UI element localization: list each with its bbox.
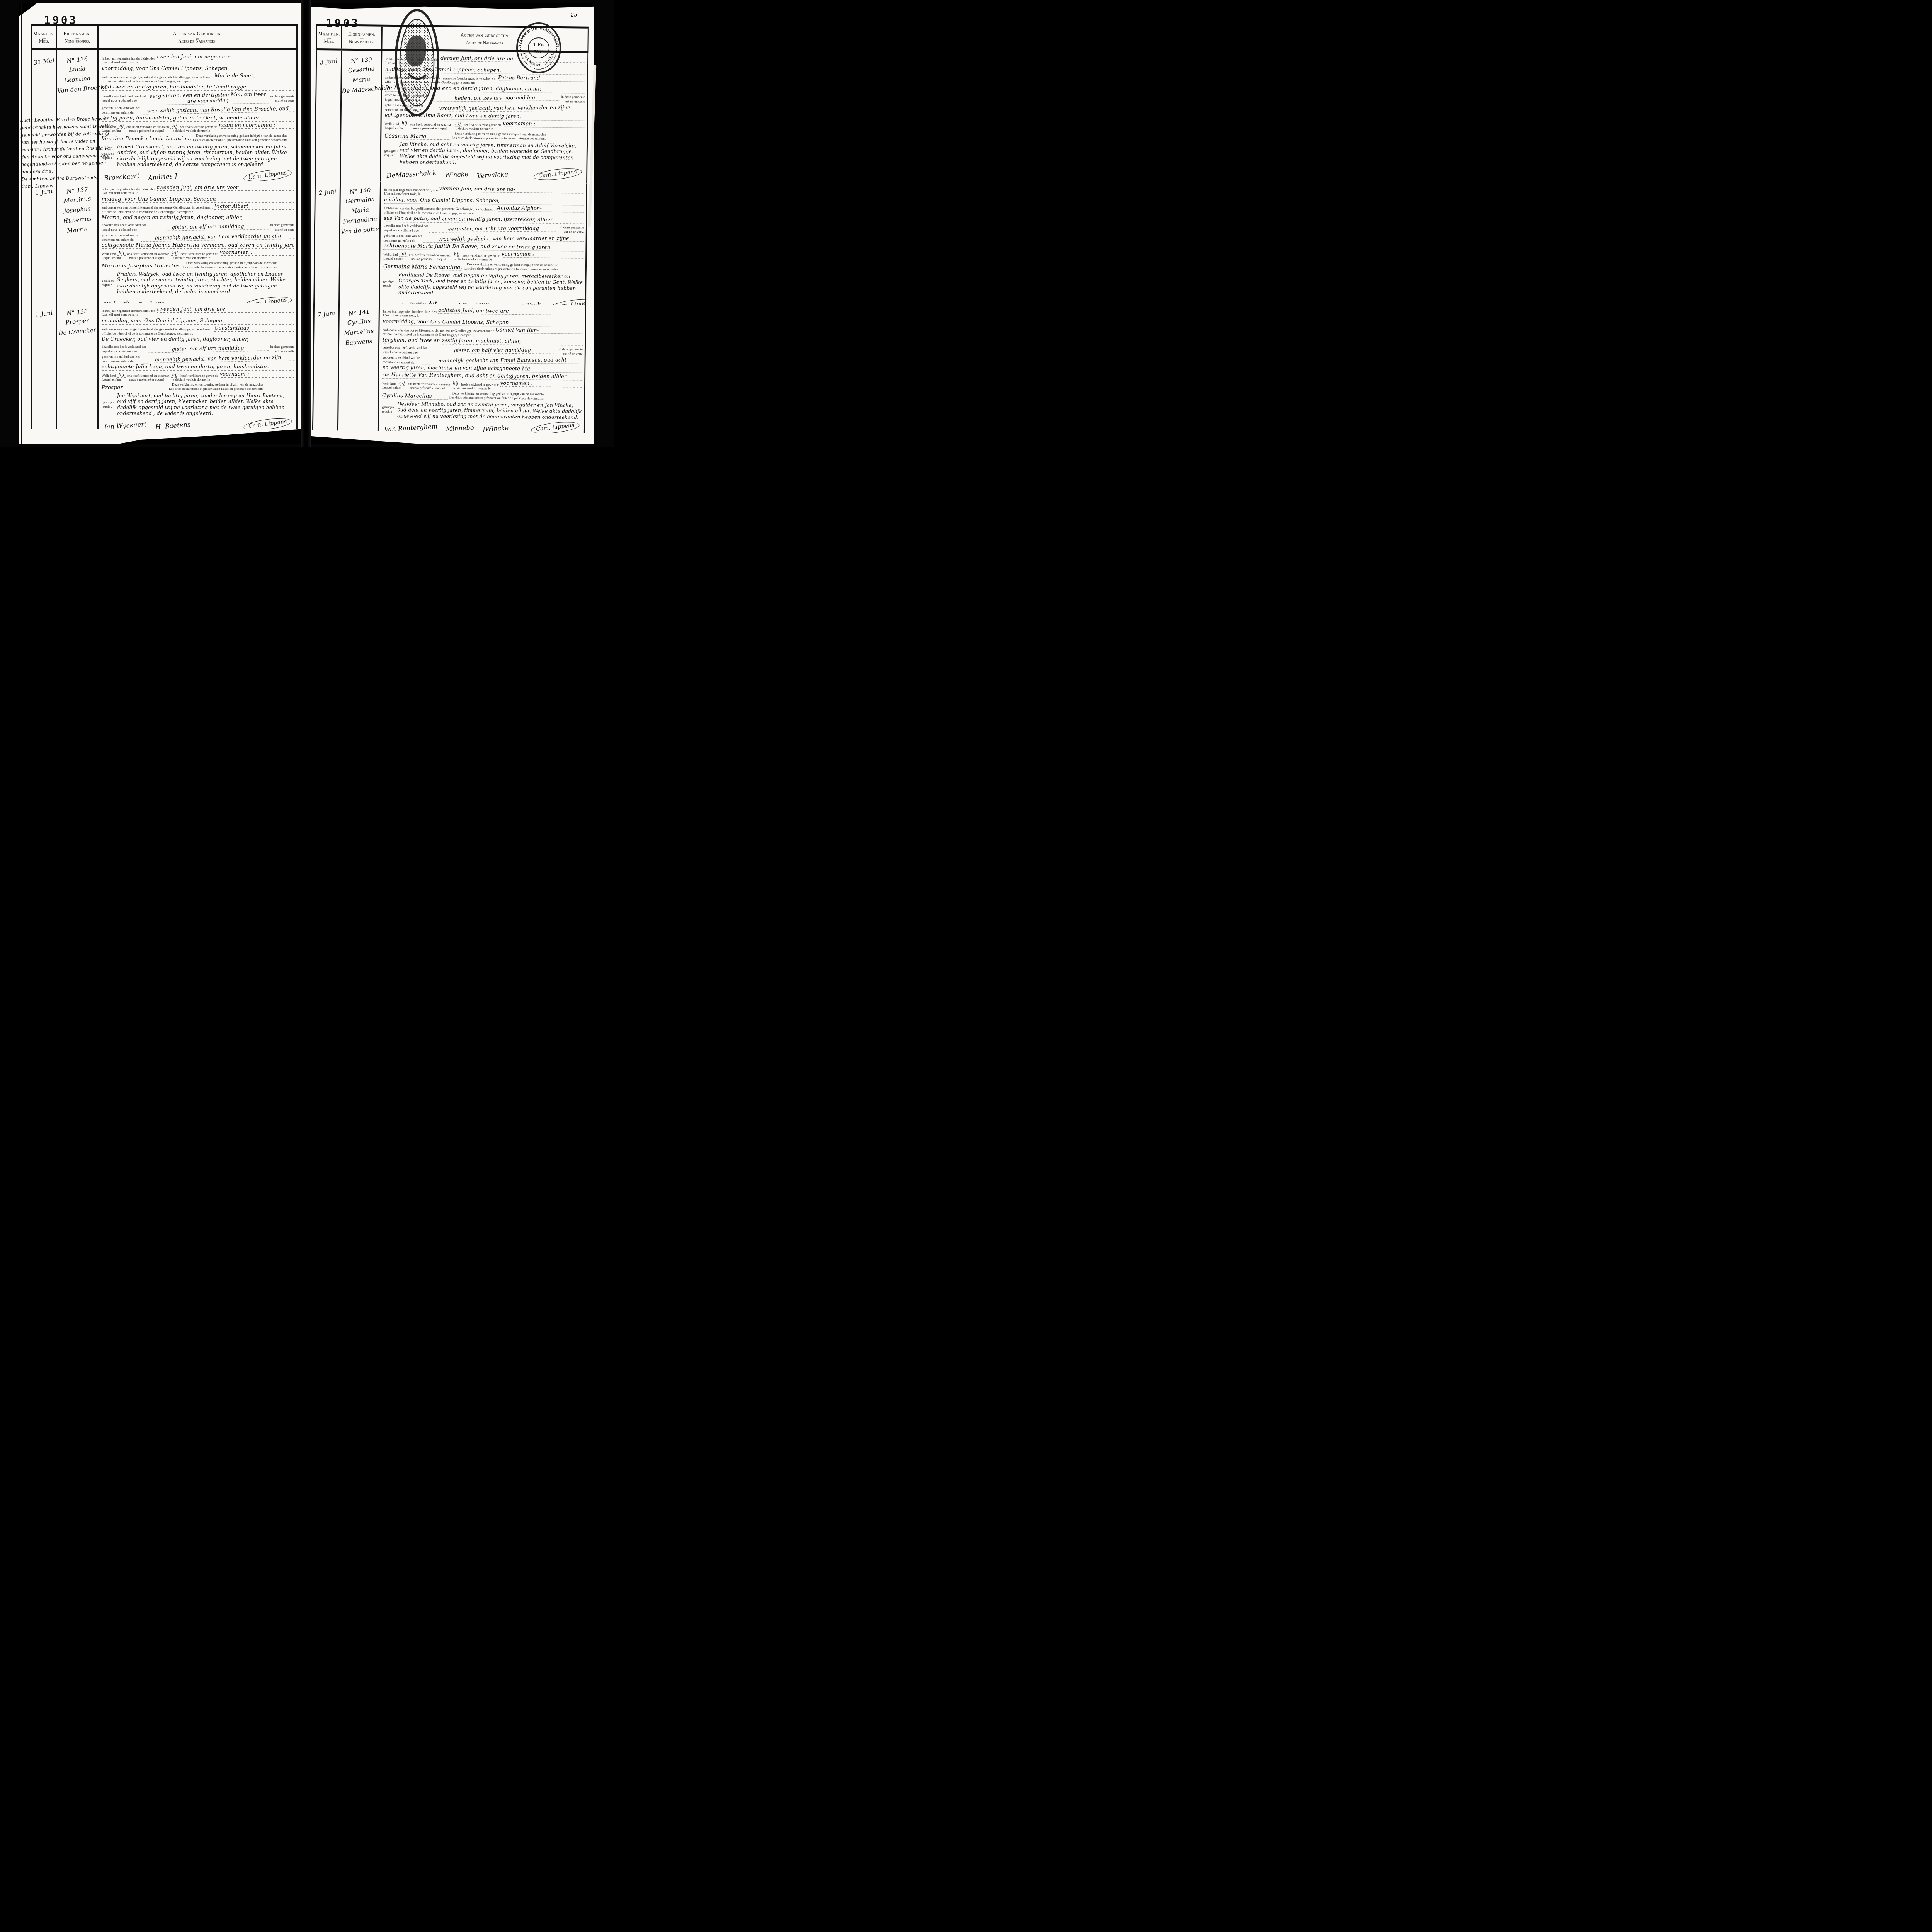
hw-name-label: voornamen : (502, 252, 583, 259)
register-table-left: Maanden. — Mois. Eigennamen. — Noms prop… (31, 24, 298, 444)
form-child-fr: commune un enfant du (102, 111, 140, 115)
record-row-140: 2 Juni N° 140 Germaina Maria Fernandina … (313, 181, 587, 305)
witness-signature: Minnebo (446, 423, 474, 432)
divider-dash: — (196, 37, 199, 39)
form-year-nl: In het jaar negentien honderd drie, den (102, 309, 155, 313)
form-declared-fr: lequel nous a déclaré que (102, 228, 146, 232)
form-witness-fr: requis : (102, 405, 116, 409)
form-officer-nl: ambtenaar van den burgerlijkenstand der … (102, 75, 213, 79)
hw-witnesses: Ernest Broeckaert, oud zes en twintig ja… (117, 144, 294, 168)
hw-officer-line: voormiddag, voor Ons Camiel Lippens, Sch… (102, 65, 294, 72)
hw-birth-time: gister, om elf ure namiddag (147, 345, 269, 353)
margin-note-legitimation: Lucia Leontina Van den Broec-ke wier geb… (20, 115, 115, 190)
divider-dash: — (76, 37, 79, 39)
record-names: N° 138 Prosper De Craecker (57, 303, 99, 429)
form-year-fr: L'an mil neuf cent trois, le (102, 60, 294, 65)
officer-signature: Cam. Lippens (531, 420, 580, 433)
form-born-nl: in deze gemeente (558, 347, 583, 351)
column-header-acts: Acten van Geboorten. — Actes de Naissanc… (99, 26, 298, 48)
form-declared-fr: lequel nous a déclaré que (383, 350, 427, 354)
witness-signature: Jan Wyckaert (104, 420, 147, 429)
hw-pronoun: hij (171, 372, 179, 378)
hw-pronoun: hij (117, 250, 126, 256)
form-declared-nl: dewelke ons heeft verklaard dat (384, 224, 428, 228)
record-date: 1 Juni (31, 181, 57, 303)
fold-gutter (301, 0, 311, 447)
hw-declarant-details: Merrie, oud negen en twintig jaren, dagl… (102, 214, 294, 221)
header-months-fr: Mois. (39, 39, 49, 44)
record-date-text: 31 Mei (33, 57, 55, 66)
hw-child-full-name: Cyrillus Marcellus (382, 392, 448, 400)
page-edge-line (21, 3, 22, 444)
hw-declarant: Petrus Bertrand (498, 75, 585, 82)
hw-name-label: voornamen : (503, 121, 585, 128)
stamp-value-francs: 1 Fr. (533, 42, 544, 48)
table-header-row: Maanden. — Mois. Eigennamen. — Noms prop… (31, 26, 298, 50)
signatures-row: Van Renterghem Minnebo JWincke Cam. Lipp… (382, 421, 582, 433)
hw-birth-time: gister, om half vier namiddag (428, 347, 557, 354)
officer-signature: Cam. Lippens (243, 416, 293, 429)
hw-birth-time: eergister, om acht ure voormiddag (429, 225, 558, 233)
hw-declarant-details: sus Van de putte, oud zeven en twintig j… (384, 215, 584, 224)
signatures-row: Jan Wyckaert H. Baetens Cam. Lippens (102, 419, 294, 429)
divider-dash: — (360, 37, 364, 39)
header-acts-fr: Actes de Naissances. (466, 40, 504, 45)
form-which-nl: Welk kind (102, 374, 116, 378)
hw-child-sex: mannelijk geslacht, van hem verklaarder … (141, 233, 295, 242)
form-which-fr: Lequel enfant (102, 256, 121, 260)
record-names: N° 139 Cesarina Maria De Maesschalck (341, 51, 382, 182)
form-born-fr: est né en cette (270, 349, 294, 354)
form-child-fr: commune un enfant du (384, 238, 422, 242)
form-witness-fr: requis : (382, 410, 396, 414)
form-which-fr: Lequel enfant (383, 257, 403, 260)
form-witness-nl: getuigen : (102, 279, 116, 283)
form-decl-fr: Les dites déclarations et présentation f… (193, 138, 287, 142)
hw-declarant: Marie de Smet, (214, 73, 294, 79)
form-witness-fr: requis : (102, 283, 116, 287)
record-names: N° 141 Cyrillus Marcellus Bauwens (338, 303, 380, 431)
record-row-141: 7 Juni N° 141 Cyrillus Marcellus Bauwens… (312, 303, 586, 433)
record-date: 1 Juni (31, 303, 57, 429)
hw-birth-time: gister, om elf ure namiddag (147, 223, 269, 231)
form-which-nl: heeft verklaard te geven de (180, 125, 217, 129)
hw-pronoun: hij (454, 121, 462, 126)
form-born-nl: in deze gemeente (270, 223, 294, 227)
form-witness-fr: requis : (384, 153, 398, 157)
hw-witnesses: Jan Wyckaert, oud tachtig jaren, zonder … (117, 393, 294, 417)
form-declared-nl: dewelke ons heeft verklaard dat (102, 345, 146, 349)
officer-signature: Cam. Lippens (549, 297, 587, 305)
divider-dash: — (483, 39, 487, 40)
hw-pronoun: hij (398, 380, 406, 386)
form-declared-nl: dewelke ons heeft verklaard dat (383, 345, 427, 350)
hw-officer-line: middag, voor Ons Camiel Lippens, Schepen (102, 196, 294, 203)
hw-child-sex: vrouwelijk geslacht, van hem verklaarder… (423, 235, 583, 243)
form-witness-fr: requis : (383, 284, 397, 288)
witness-signature: Wincke (445, 170, 469, 179)
hw-officer-line: namiddag, voor Ons Camiel Lippens, Schep… (102, 318, 294, 325)
hw-parent-details: dertig jaren, huishoudster, geboren te G… (102, 115, 294, 122)
form-officer-fr: officier de l'état-civil de la commune d… (102, 210, 294, 214)
form-which-fr: Lequel enfant (384, 126, 404, 130)
register-table-right: Maanden. — Mois. Eigennamen. — Noms prop… (312, 24, 589, 447)
form-born-fr: est né en cette (270, 99, 294, 103)
hw-name-label: naam en voornamen : (219, 122, 294, 129)
form-which-fr: nous a présenté et auquel (410, 386, 445, 390)
form-born-fr: est né en cette (558, 352, 583, 356)
witness-signature: Vervalcke (477, 170, 509, 179)
form-which-fr: Lequel enfant (382, 386, 401, 389)
scanned-register-spread: 1903 Maanden. — Mois. Eigennamen. — Noms… (0, 0, 614, 447)
form-year-fr: L'an mil neuf cent trois, le (102, 313, 294, 317)
form-witness-nl: getuigen : (383, 279, 397, 283)
hw-officer-line: middag, voor Ons Camiel Lippens, Schepen… (384, 196, 584, 205)
form-declared-fr: lequel nous a déclaré que (102, 349, 146, 354)
form-which-nl: Welk kind (382, 381, 396, 386)
signatures-row: Broeckaert Andries J Cam. Lippens (102, 170, 294, 180)
hw-parent-details: echtgenoote Maria Joanna Hubertina Verme… (102, 242, 294, 249)
hw-pronoun: hij (171, 250, 179, 256)
witness-signature: Seghers (138, 299, 165, 303)
hw-declarant-details: terghem, oud twee en zestig jaren, machi… (383, 337, 583, 346)
record-date-text: 2 Juni (318, 188, 337, 197)
form-year-fr: L'an mil neuf cent trois, le (102, 191, 294, 195)
form-decl-fr: Les dites déclarations et présentation f… (169, 387, 263, 391)
officer-signature: Cam. Lippens (243, 167, 293, 181)
hw-pronoun: zij (170, 123, 178, 129)
form-witness-nl: getuigen : (102, 400, 116, 405)
hw-declarant: Antonius Alphon- (497, 205, 584, 212)
form-child-fr: commune un enfant du (102, 238, 140, 242)
hw-pronoun: hij (452, 381, 460, 386)
record-date-text: 7 Juni (317, 310, 335, 318)
hw-name-label: voornamen : (220, 250, 294, 256)
form-decl-nl: Deze verklaring en vertooning gedaan in … (183, 261, 277, 265)
divider-dash: — (43, 37, 46, 39)
form-which-fr: nous a présenté et auquel (129, 256, 164, 260)
act-text: In het jaar negentien honderd drie, dent… (99, 181, 298, 303)
form-child-nl: geboren is een kind van het (383, 355, 421, 360)
hw-declarant: Constantinus (214, 325, 294, 332)
form-officer-nl: ambtenaar van den burgerlijkenstand der … (102, 327, 213, 332)
form-born-fr: est né en cette (561, 99, 585, 104)
form-which-nl: heeft verklaard te geven de (180, 374, 218, 378)
next-page-sliver (588, 65, 597, 227)
hw-witnesses: Desideer Minnebo, oud zes en twintig jar… (397, 401, 582, 420)
hw-pronoun: hij (453, 252, 461, 257)
form-witness-nl: getuigen : (384, 148, 398, 153)
form-which-fr: a déclaré vouloir donner le (173, 129, 210, 133)
form-which-nl: Welk kind (384, 122, 399, 126)
right-page: 1903 25 (2. ORIENT - 19.. FL.) (311, 3, 594, 444)
hw-name-label: voornaam : (220, 371, 294, 378)
hw-witnesses: Jan Vincke, oud acht en veertig jaren, t… (400, 141, 585, 167)
hw-date-time: tweeden Juni, om drie ure voor (157, 185, 294, 191)
hw-child-full-name: Germaina Maria Fernandina. (383, 263, 462, 270)
record-date: 7 Juni (312, 303, 340, 431)
hw-pronoun: hij (401, 121, 409, 126)
form-decl-fr: Les dites déclarations et présentation f… (449, 395, 544, 400)
hw-child-full-name: Martinus Josephus Hubertus. (102, 263, 182, 269)
form-which-nl: ons heeft vertoond en waaraan (126, 125, 169, 129)
record-names: N° 137 Martinus Josephus Hubertus Merrie (57, 181, 99, 303)
page-number: 25 (571, 12, 577, 18)
act-text: In het jaar negentien honderd drie, dena… (379, 303, 586, 433)
record-date: 3 Juni (315, 50, 342, 181)
form-declared-nl: dewelke ons heeft verklaard dat (102, 94, 146, 99)
hw-birth-time: heden, om zes ure voormiddag (431, 95, 560, 102)
form-decl-fr: Les dites déclarations et présentation f… (183, 265, 277, 269)
witness-signature: Walryck (104, 299, 130, 303)
form-officer-fr: officier de l'état-civil de la commune d… (102, 332, 294, 336)
witness-signature: Andries J (148, 172, 178, 181)
hw-parent-details: echtgenoote Maria Judith De Raeve, oud z… (383, 243, 583, 252)
form-born-nl: in deze gemeente (270, 345, 294, 349)
hw-witnesses: Prudent Walryck, oud twee en twintig jar… (117, 271, 294, 295)
left-page: 1903 Maanden. — Mois. Eigennamen. — Noms… (19, 3, 301, 444)
form-which-nl: ons heeft vertoond en waaraan (127, 252, 170, 256)
form-which-nl: Welk kind (383, 252, 398, 257)
form-which-fr: nous a présenté et auquel (412, 126, 447, 130)
act-text: In het jaar negentien honderd drie, denv… (380, 182, 587, 305)
form-born-nl: in deze gemeente (560, 225, 584, 230)
hw-declarant-details: De Craecker, oud vier en dertig jaren, d… (102, 336, 294, 343)
officer-signature: Cam. Lippens (533, 167, 582, 182)
hw-parent-details: echtgenoote Julie Lega, oud twee en dert… (102, 364, 294, 371)
witness-signature: Van Renterghem (384, 422, 438, 433)
header-acts-fr: Actes de Naissances. (178, 39, 216, 44)
form-which-fr: a déclaré vouloir donner le (173, 378, 210, 381)
hw-name-label: voornamen : (500, 381, 582, 388)
hw-date-time: tweeden Juni, om drie ure (157, 306, 294, 313)
form-officer-fr: officier de l'état-civil de la commune d… (102, 79, 294, 83)
header-months-fr: Mois. (324, 39, 334, 44)
form-which-fr: a déclaré vouloir donner le (173, 256, 210, 260)
form-child-nl: geboren is een kind van het (102, 106, 140, 110)
form-born-nl: in deze gemeente (561, 95, 585, 99)
form-born-nl: in deze gemeente (270, 94, 294, 99)
form-decl-nl: Deze verklaring en vertooning gedaan in … (169, 383, 263, 387)
record-row-137: 1 Juni N° 137 Martinus Josephus Hubertus… (31, 181, 298, 303)
signatures-row: Walryck Seghers Cam. Lippens (102, 298, 294, 303)
registration-stamp: (2. ORIENT - 19.. FL.) (394, 8, 440, 117)
form-child-fr: commune un enfant du (102, 359, 140, 364)
act-text: In het jaar negentien honderd drie, dent… (99, 303, 298, 429)
record-date-text: 1 Juni (35, 309, 53, 318)
form-which-fr: nous a présenté et auquel (411, 257, 446, 261)
form-which-fr: a déclaré vouloir donner le (454, 257, 492, 261)
hw-child-sex: vrouwelijk geslacht, van hem verklaarder… (425, 105, 585, 112)
hw-pronoun: hij (399, 251, 407, 257)
column-header-names: Eigennamen. — Noms propres. (342, 26, 383, 49)
form-decl-nl: Deze verklaring en vertooning gedaan in … (193, 134, 287, 138)
form-decl-fr: Les dites déclarations et présentation f… (464, 267, 558, 272)
witness-signature: H. Baetens (155, 420, 190, 429)
scan-artifact-top (311, 3, 594, 9)
column-header-months: Maanden. — Mois. (316, 26, 342, 49)
form-born-fr: est né en cette (560, 230, 584, 234)
witness-signature: DeMaesschalck (386, 169, 437, 179)
record-names: N° 140 Germaina Maria Fernandina Van de … (340, 181, 381, 305)
hw-officer-line: voormiddag, voor Ons Camiel Lippens, Sch… (383, 318, 583, 327)
record-date: 2 Juni (313, 181, 341, 305)
hw-child-full-name: Cesarina Maria (384, 133, 450, 140)
hw-child-full-name: Prosper (102, 384, 167, 391)
form-which-nl: heeft verklaard te geven de (180, 252, 218, 256)
hw-parent-details: rie Henriette Van Renterghem, oud acht e… (382, 372, 582, 381)
dimension-stamp: TIMBRE DE DIMENSION FORMAAT ZEGEL 1 Fr. … (515, 21, 562, 75)
form-which-nl: Welk kind (102, 252, 116, 256)
form-year-nl: In het jaar negentien honderd drie, den (102, 56, 155, 61)
record-date-text: 3 Juni (320, 57, 338, 66)
form-child-nl: geboren is een kind van het (102, 355, 140, 359)
hw-witnesses: Ferdinand De Raeve, oud negen en vijftig… (398, 272, 583, 298)
form-which-nl: ons heeft vertoond en waaraan (127, 374, 170, 378)
form-child-nl: geboren is een kind van het (384, 234, 422, 238)
hw-child-sex: mannelijk geslacht van Emiel Bauwens, ou… (422, 357, 582, 364)
form-child-fr: commune un enfant du (383, 360, 421, 364)
hw-pronoun: hij (117, 372, 126, 378)
form-declared-fr: lequel nous a déclaré que (384, 228, 428, 233)
column-header-names: Eigennamen. — Noms propres. (57, 26, 99, 48)
form-which-fr: a déclaré vouloir donner le (453, 386, 491, 390)
form-declared-fr: lequel nous a déclaré que (102, 99, 146, 103)
form-which-fr: nous a présenté et auquel (129, 129, 164, 133)
form-born-fr: est né en cette (270, 228, 294, 232)
form-which-fr: a déclaré vouloir donner le (456, 126, 493, 131)
witness-signature: JWincke (483, 424, 509, 433)
officer-signature: Cam. Lippens (243, 294, 293, 303)
form-decl-fr: Les dites déclarations et présentation f… (452, 136, 546, 141)
record-row-138: 1 Juni N° 138 Prosper De Craecker In het… (31, 303, 298, 429)
header-names-fr: Noms propres. (349, 39, 374, 44)
signatures-row: DeMaesschalck Wincke Vervalcke Cam. Lipp… (384, 167, 584, 179)
hw-child-sex: mannelijk geslacht, van hem verklaarder … (141, 355, 295, 364)
form-which-fr: Lequel enfant (102, 378, 121, 381)
hw-child-sex: vrouwelijk geslacht van Rosalia Van den … (141, 106, 295, 115)
column-header-months: Maanden. — Mois. (31, 26, 57, 48)
form-child-nl: geboren is een kind van het (102, 233, 140, 237)
hw-child-full-name: Van den Broecke Lucia Leontina. (102, 136, 191, 142)
form-officer-nl: ambtenaar van den burgerlijkenstand der … (102, 206, 213, 210)
act-text: In het jaar negentien honderd drie, dent… (99, 50, 298, 181)
divider-dash: — (327, 37, 331, 39)
hw-declarant: Camiel Van Ren- (496, 327, 583, 334)
form-declared-nl: dewelke ons heeft verklaard dat (102, 223, 146, 227)
hw-declarant: Victor Albert (214, 204, 294, 210)
hw-pronoun: zij (117, 123, 125, 129)
form-which-fr: nous a présenté et auquel (129, 378, 164, 381)
hw-date-time: tweeden Juni, om negen ure (157, 54, 294, 60)
hw-declarant-details: oud twee en dertig jaren, huishoudster, … (102, 84, 294, 91)
form-witness-nl: getuigen : (382, 405, 396, 409)
header-names-fr: Noms propres. (65, 39, 90, 44)
stamp-value-centimes: 70 c. (534, 49, 543, 54)
hw-birth-time: eergisteren, een en dertigsten Mei, om t… (147, 91, 269, 105)
